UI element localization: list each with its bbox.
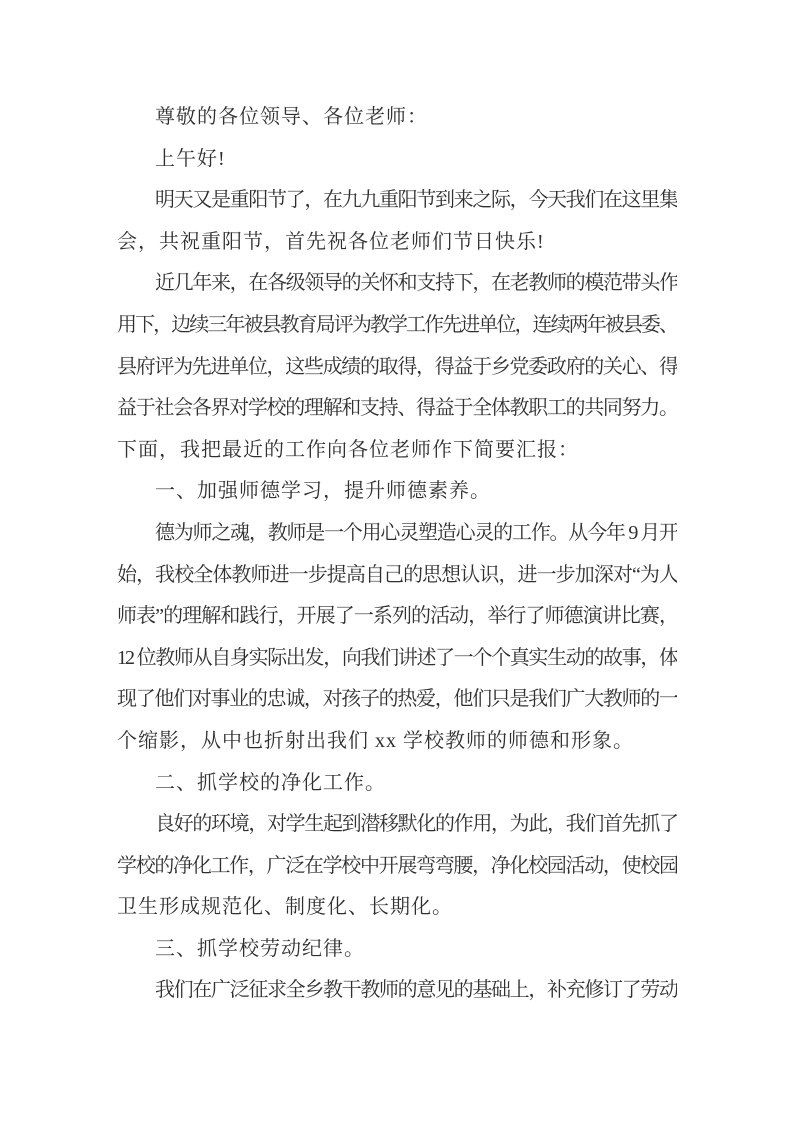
text-line: 德为师之魂，教师是一个用心灵塑造心灵的工作。从今年 9 月开 xyxy=(117,513,677,555)
text-line: 县府评为先进单位，这些成绩的取得，得益于乡党委政府的关心、得 xyxy=(117,347,677,389)
text-line: 三、抓学校劳动纪律。 xyxy=(117,929,677,971)
text-line: 个缩影，从中也折射出我们 xx 学校教师的师德和形象。 xyxy=(117,721,677,763)
text-line: 上午好! xyxy=(117,139,677,181)
text-line: 二、抓学校的净化工作。 xyxy=(117,763,677,805)
text-line: 始，我校全体教师进一步提高自己的思想认识，进一步加深对“为人 xyxy=(117,555,677,597)
text-line: 现了他们对事业的忠诚，对孩子的热爱，他们只是我们广大教师的一 xyxy=(117,679,677,721)
document-page: 尊敬的各位领导、各位老师：上午好!明天又是重阳节了，在九九重阳节到来之际，今天我… xyxy=(0,0,793,1122)
text-line: 良好的环境，对学生起到潜移默化的作用，为此，我们首先抓了 xyxy=(117,804,677,846)
text-line: 尊敬的各位领导、各位老师： xyxy=(117,97,677,139)
document-body: 尊敬的各位领导、各位老师：上午好!明天又是重阳节了，在九九重阳节到来之际，今天我… xyxy=(117,97,677,1012)
text-line: 用下，边续三年被县教育局评为教学工作先进单位，连续两年被县委、 xyxy=(117,305,677,347)
text-line: 近几年来，在各级领导的关怀和支持下，在老教师的模范带头作 xyxy=(117,263,677,305)
text-line: 师表”的理解和践行，开展了一系列的活动，举行了师德演讲比赛， xyxy=(117,596,677,638)
text-line: 会，共祝重阳节，首先祝各位老师们节日快乐! xyxy=(117,222,677,264)
text-line: 学校的净化工作，广泛在学校中开展弯弯腰，净化校园活动，使校园 xyxy=(117,846,677,888)
text-line: 益于社会各界对学校的理解和支持、得益于全体教职工的共同努力。 xyxy=(117,388,677,430)
text-line: 下面，我把最近的工作向各位老师作下简要汇报： xyxy=(117,430,677,472)
text-line: 一、加强师德学习，提升师德素养。 xyxy=(117,471,677,513)
text-line: 卫生形成规范化、制度化、长期化。 xyxy=(117,887,677,929)
text-line: 我们在广泛征求全乡教干教师的意见的基础上，补充修订了劳动 xyxy=(117,970,677,1012)
text-line: 明天又是重阳节了，在九九重阳节到来之际，今天我们在这里集 xyxy=(117,180,677,222)
text-line: 12 位教师从自身实际出发，向我们讲述了一个个真实生动的故事，体 xyxy=(117,638,677,680)
